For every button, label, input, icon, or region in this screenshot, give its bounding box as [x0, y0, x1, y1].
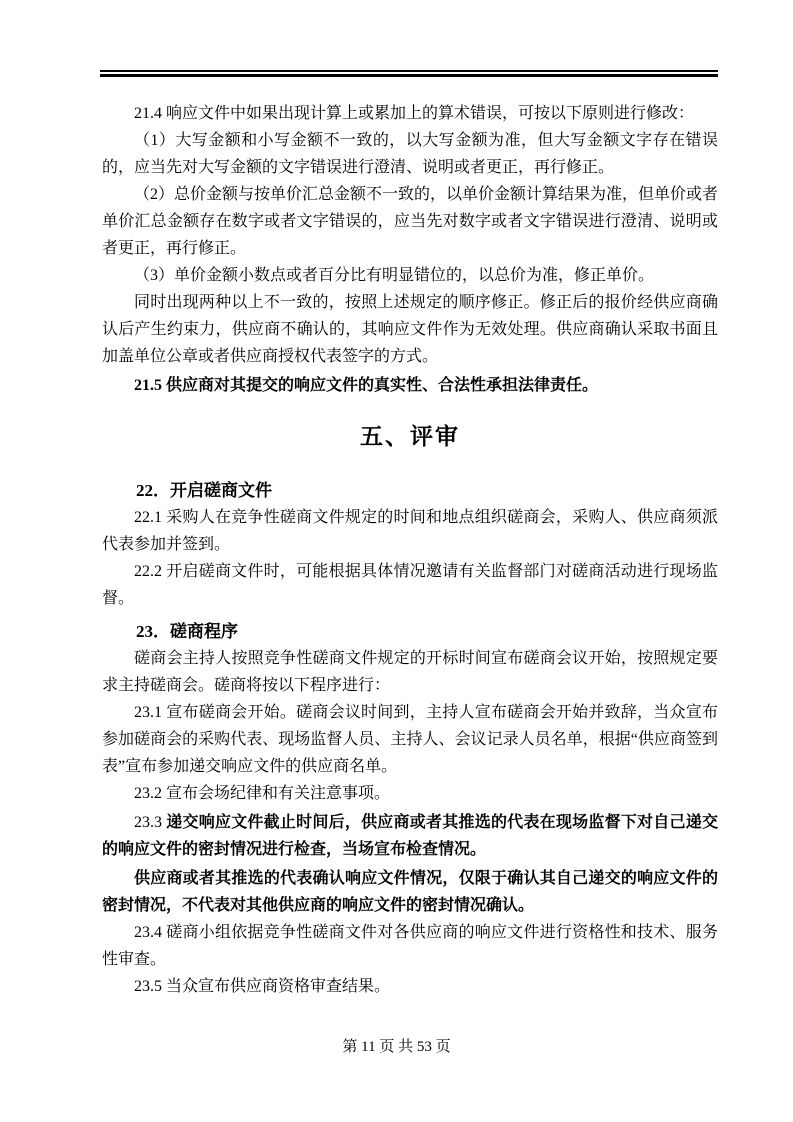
paragraph: 21.5 供应商对其提交的响应文件的真实性、合法性承担法律责任。 — [102, 372, 718, 399]
page-footer: 第 11 页 共 53 页 — [0, 1036, 793, 1058]
clause-text: 递交响应文件截止时间后，供应商或者其推选的代表在现场监督下对自己递交的响应文件的… — [102, 814, 718, 858]
paragraph: 22.1 采购人在竞争性磋商文件规定的时间和地点组织磋商会，采购人、供应商须派代… — [102, 504, 718, 558]
paragraph: 22.2 开启磋商文件时，可能根据具体情况邀请有关监督部门对磋商活动进行现场监督… — [102, 558, 718, 612]
page-number-label: 第 11 页 共 53 页 — [342, 1039, 450, 1055]
paragraph: 23.1 宣布磋商会开始。磋商会议时间到，主持人宣布磋商会开始并致辞，当众宣布参… — [102, 699, 718, 780]
document-body: 21.4 响应文件中如果出现计算上或累加上的算术错误，可按以下原则进行修改：（1… — [102, 100, 718, 1000]
paragraph: 21.4 响应文件中如果出现计算上或累加上的算术错误，可按以下原则进行修改： — [102, 100, 718, 127]
paragraph: 23.4 磋商小组依据竞争性磋商文件对各供应商的响应文件进行资格性和技术、服务性… — [102, 919, 718, 973]
paragraph: 23.5 当众宣布供应商资格审查结果。 — [102, 973, 718, 1000]
paragraph: 23.2 宣布会场纪律和有关注意事项。 — [102, 780, 718, 807]
section-heading: 23．磋商程序 — [102, 618, 718, 645]
paragraph: （1）大写金额和小写金额不一致的，以大写金额为准，但大写金额文字存在错误的，应当… — [102, 127, 718, 181]
chapter-heading: 五、评审 — [102, 421, 718, 453]
paragraph: 磋商会主持人按照竞争性磋商文件规定的开标时间宣布磋商会议开始，按照规定要求主持磋… — [102, 645, 718, 699]
paragraph: 供应商或者其推选的代表确认响应文件情况，仅限于确认其自己递交的响应文件的密封情况… — [102, 865, 718, 919]
clause-number: 23.3 — [134, 814, 166, 831]
paragraph: （3）单价金额小数点或者百分比有明显错位的，以总价为准，修正单价。 — [102, 262, 718, 289]
paragraph: 23.3 递交响应文件截止时间后，供应商或者其推选的代表在现场监督下对自己递交的… — [102, 809, 718, 863]
paragraph: （2）总价金额与按单价汇总金额不一致的，以单价金额计算结果为准，但单价或者单价汇… — [102, 181, 718, 262]
paragraph: 同时出现两种以上不一致的，按照上述规定的顺序修正。修正后的报价经供应商确认后产生… — [102, 289, 718, 370]
header-divider — [100, 70, 718, 77]
document-page: 21.4 响应文件中如果出现计算上或累加上的算术错误，可按以下原则进行修改：（1… — [0, 0, 793, 1122]
section-heading: 22．开启磋商文件 — [102, 477, 718, 504]
